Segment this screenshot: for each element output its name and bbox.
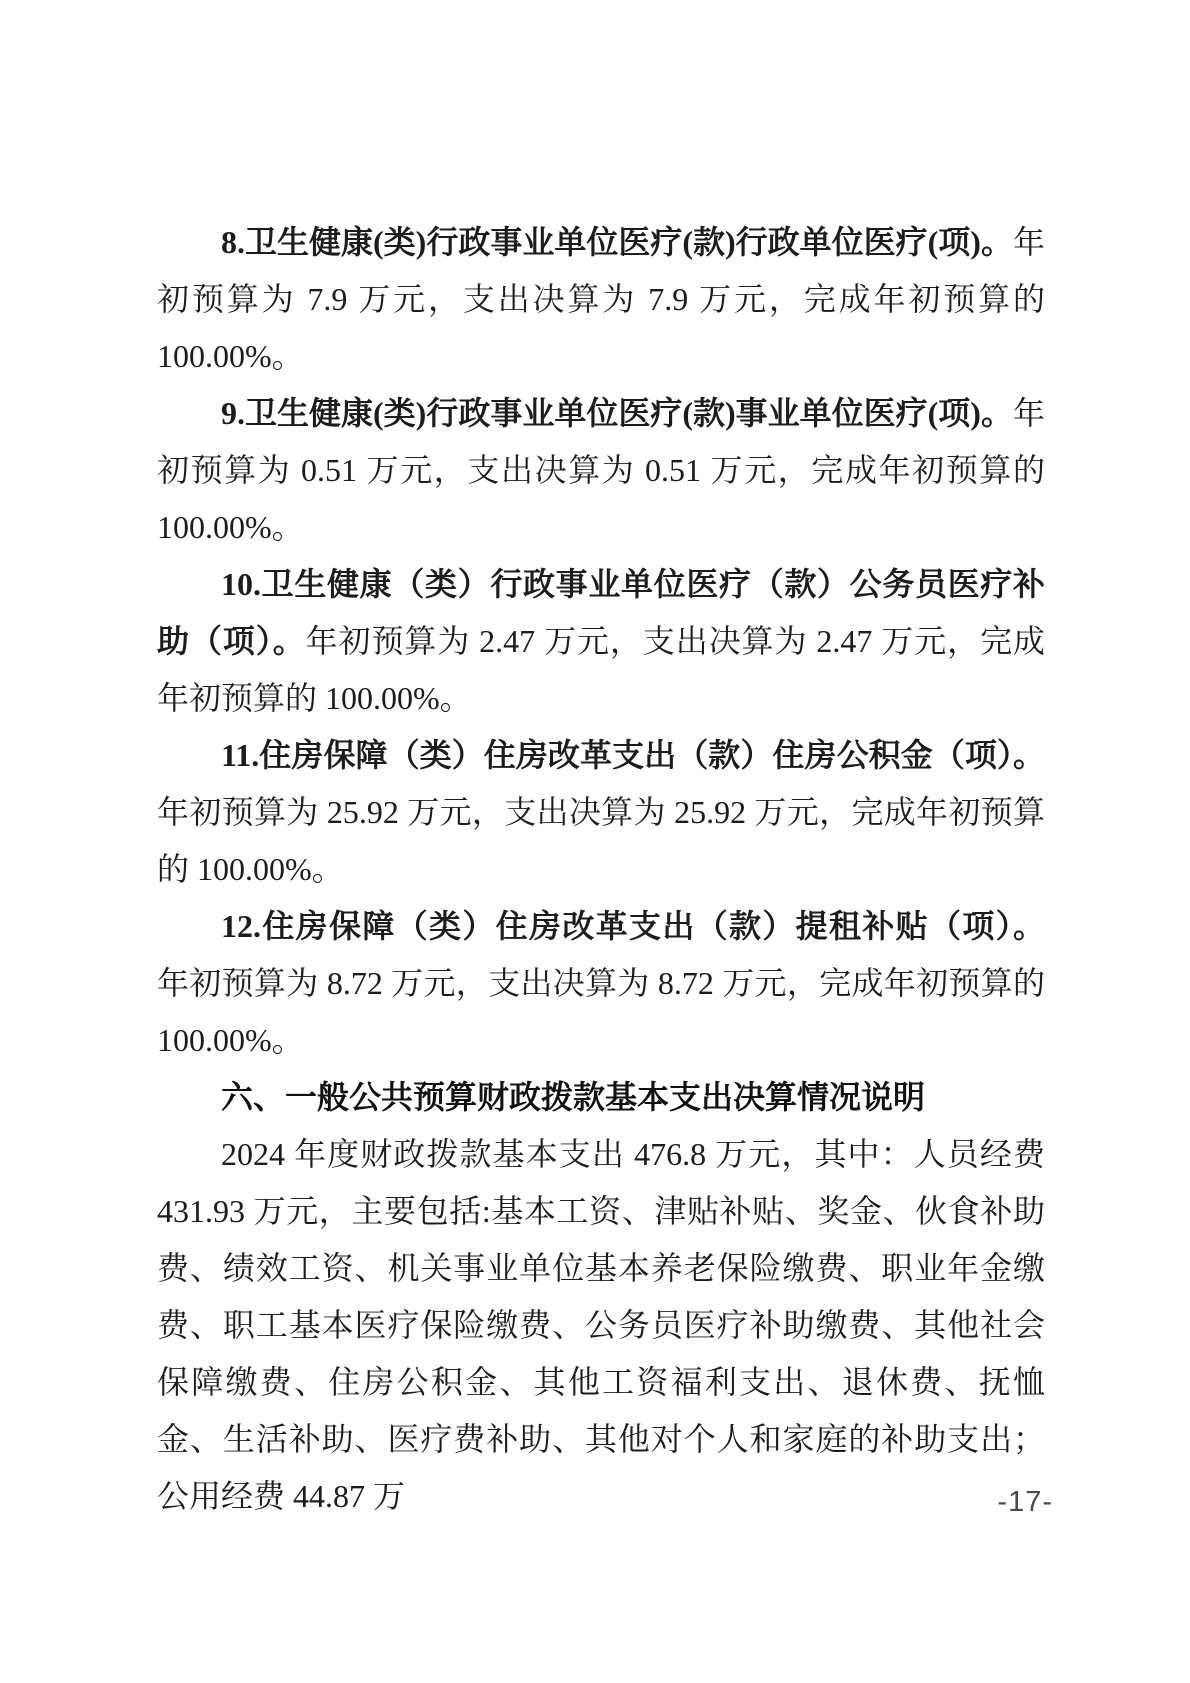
section-6-heading: 六、一般公共预算财政拨款基本支出决算情况说明: [157, 1069, 1045, 1126]
expense-item-11-heading: 11.住房保障（类）住房改革支出（款）住房公积金（项）。: [221, 737, 1045, 773]
document-page: 8.卫生健康(类)行政事业单位医疗(款)行政单位医疗(项)。年初预算为 7.9 …: [0, 0, 1190, 1683]
section-6-paragraph: 2024 年度财政拨款基本支出 476.8 万元，其中：人员经费 431.93 …: [157, 1126, 1045, 1525]
expense-item-11-body: 年初预算为 25.92 万元，支出决算为 25.92 万元，完成年初预算的 10…: [157, 794, 1045, 887]
expense-item-9-heading: 9.卫生健康(类)行政事业单位医疗(款)事业单位医疗(项)。: [221, 395, 1013, 431]
expense-item-8-heading: 8.卫生健康(类)行政事业单位医疗(款)行政单位医疗(项)。: [221, 224, 1013, 260]
expense-item-12-heading: 12.住房保障（类）住房改革支出（款）提租补贴（项）。: [221, 908, 1045, 944]
expense-item-12: 12.住房保障（类）住房改革支出（款）提租补贴（项）。年初预算为 8.72 万元…: [157, 898, 1045, 1069]
expense-item-12-body: 年初预算为 8.72 万元，支出决算为 8.72 万元，完成年初预算的 100.…: [157, 965, 1045, 1058]
page-number: -17-: [997, 1486, 1053, 1518]
expense-item-8: 8.卫生健康(类)行政事业单位医疗(款)行政单位医疗(项)。年初预算为 7.9 …: [157, 214, 1045, 385]
document-body: 8.卫生健康(类)行政事业单位医疗(款)行政单位医疗(项)。年初预算为 7.9 …: [157, 214, 1045, 1525]
expense-item-9: 9.卫生健康(类)行政事业单位医疗(款)事业单位医疗(项)。年初预算为 0.51…: [157, 385, 1045, 556]
expense-item-10: 10.卫生健康（类）行政事业单位医疗（款）公务员医疗补助（项）。年初预算为 2.…: [157, 556, 1045, 727]
expense-item-11: 11.住房保障（类）住房改革支出（款）住房公积金（项）。年初预算为 25.92 …: [157, 727, 1045, 898]
